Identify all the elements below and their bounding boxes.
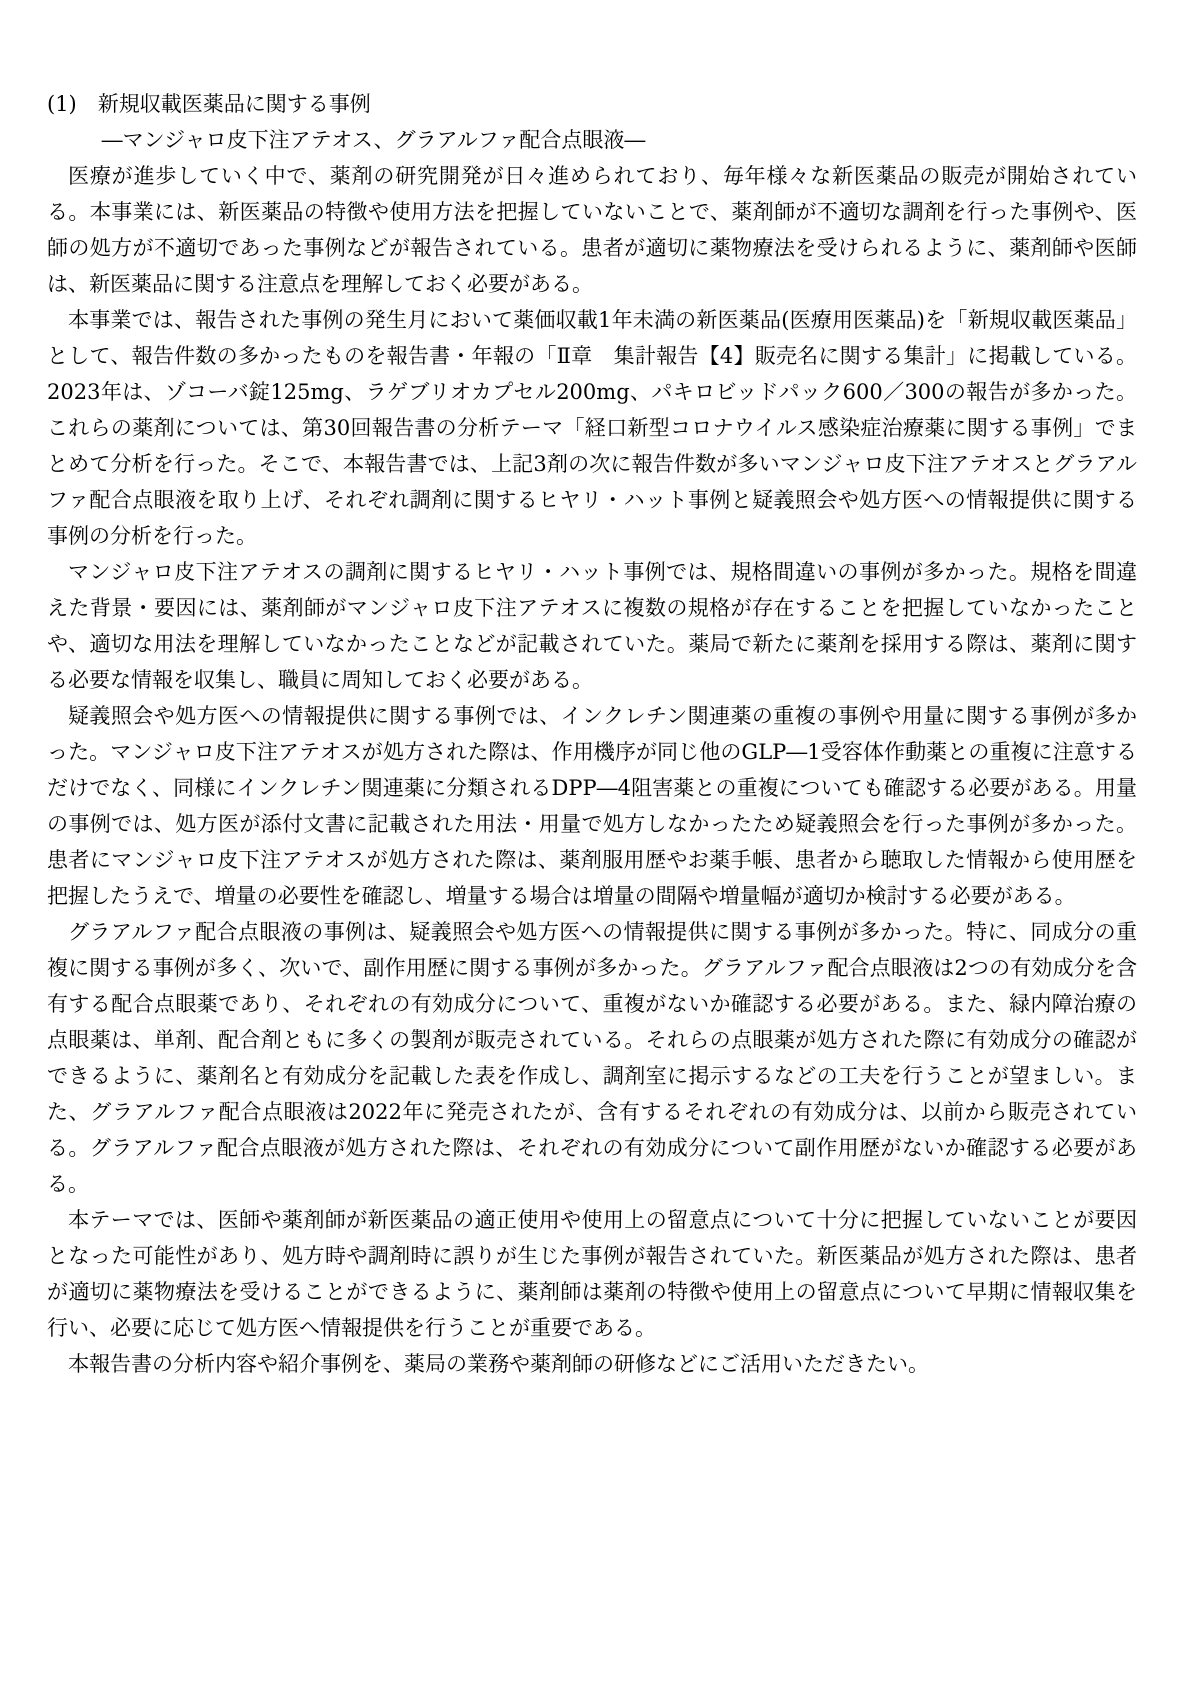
section-subheading: ―マンジャロ皮下注アテオス、グラアルファ配合点眼液― xyxy=(47,122,1137,158)
paragraph-inquiry-cases: 疑義照会や処方医への情報提供に関する事例では、インクレチン関連薬の重複の事例や用… xyxy=(47,698,1137,914)
paragraph-project-overview: 本事業では、報告された事例の発生月において薬価収載1年未満の新医薬品(医療用医薬… xyxy=(47,302,1137,554)
paragraph-closing: 本報告書の分析内容や紹介事例を、薬局の業務や薬剤師の研修などにご活用いただきたい… xyxy=(47,1346,1137,1382)
section-heading: (1) 新規収載医薬品に関する事例 xyxy=(47,86,1137,122)
paragraph-gla-alpha-cases: グラアルファ配合点眼液の事例は、疑義照会や処方医への情報提供に関する事例が多かっ… xyxy=(47,914,1137,1202)
document-page: (1) 新規収載医薬品に関する事例 ―マンジャロ皮下注アテオス、グラアルファ配合… xyxy=(0,0,1181,1695)
paragraph-intro: 医療が進歩していく中で、薬剤の研究開発が日々進められており、毎年様々な新医薬品の… xyxy=(47,158,1137,302)
paragraph-theme-summary: 本テーマでは、医師や薬剤師が新医薬品の適正使用や使用上の留意点について十分に把握… xyxy=(47,1202,1137,1346)
paragraph-mounjaro-incidents: マンジャロ皮下注アテオスの調剤に関するヒヤリ・ハット事例では、規格間違いの事例が… xyxy=(47,554,1137,698)
